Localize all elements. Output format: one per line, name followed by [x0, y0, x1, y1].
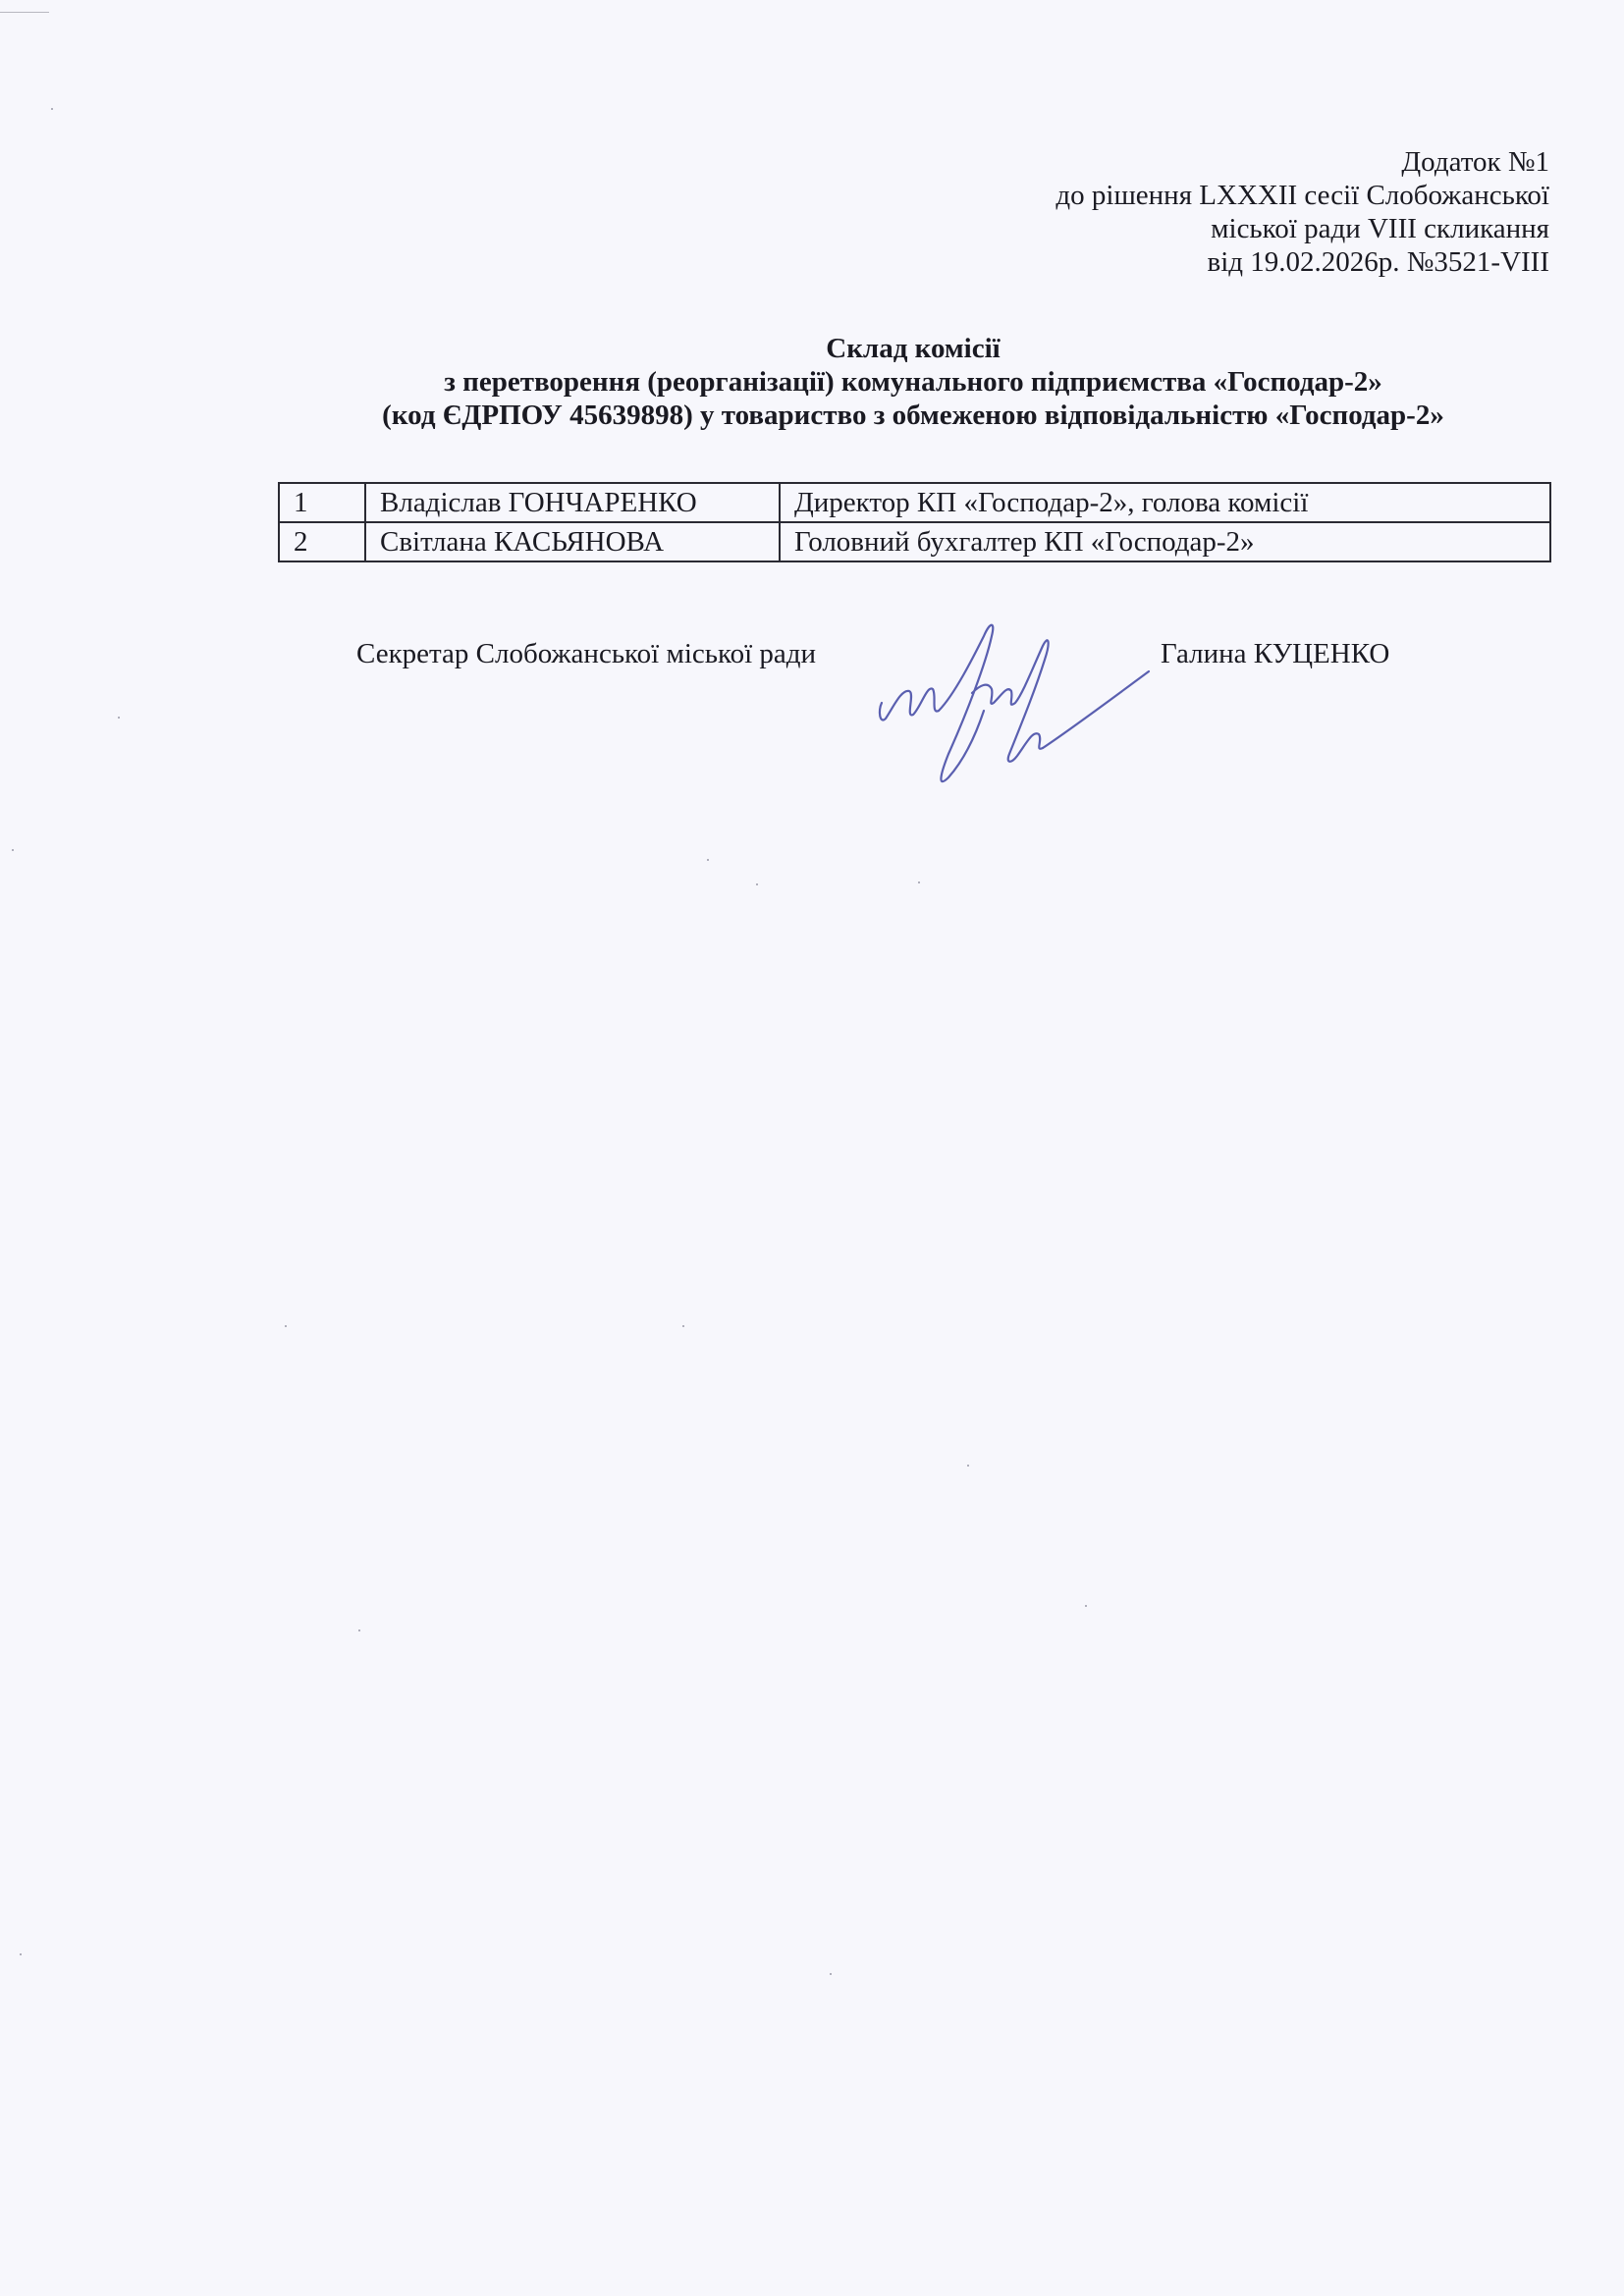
table-row: 1 Владіслав ГОНЧАРЕНКО Директор КП «Госп…: [279, 483, 1550, 522]
handwritten-signature-icon: [876, 616, 1170, 793]
scan-speck: [756, 883, 758, 885]
addendum-date: від 19.02.2026р. №3521-VIII: [1056, 245, 1549, 279]
signatory-name: Галина КУЦЕНКО: [1161, 638, 1389, 670]
scan-speck: [967, 1465, 969, 1467]
signatory-role: Секретар Слобожанської міської ради: [356, 638, 816, 670]
scan-speck: [1085, 1605, 1087, 1607]
title-heading: Склад комісії: [0, 332, 1624, 365]
addendum-decision: до рішення LXXXII сесії Слобожанської: [1056, 179, 1549, 212]
scan-speck: [830, 1973, 832, 1975]
scan-speck: [918, 881, 920, 883]
scan-speck: [51, 108, 53, 110]
scan-speck: [118, 717, 120, 719]
scan-speck: [682, 1325, 684, 1327]
member-name: Владіслав ГОНЧАРЕНКО: [365, 483, 780, 522]
scan-speck: [707, 859, 709, 861]
member-number: 2: [279, 522, 365, 561]
scan-speck: [20, 1953, 22, 1955]
scan-speck: [358, 1629, 360, 1631]
document-page: Додаток №1 до рішення LXXXII сесії Слобо…: [0, 0, 1624, 2296]
member-position: Головний бухгалтер КП «Господар-2»: [780, 522, 1550, 561]
member-number: 1: [279, 483, 365, 522]
scan-speck: [12, 849, 14, 851]
title-details: (код ЄДРПОУ 45639898) у товариство з обм…: [0, 399, 1624, 432]
commission-members-table: 1 Владіслав ГОНЧАРЕНКО Директор КП «Госп…: [278, 482, 1551, 562]
scan-edge-artifact: [0, 12, 49, 13]
addendum-council: міської ради VIII скликання: [1056, 212, 1549, 245]
member-name: Світлана КАСЬЯНОВА: [365, 522, 780, 561]
addendum-header: Додаток №1 до рішення LXXXII сесії Слобо…: [1056, 145, 1549, 279]
scan-speck: [285, 1325, 287, 1327]
member-position: Директор КП «Господар-2», голова комісії: [780, 483, 1550, 522]
document-title: Склад комісії з перетворення (реорганіза…: [0, 332, 1624, 432]
addendum-number: Додаток №1: [1056, 145, 1549, 179]
title-subject: з перетворення (реорганізації) комунальн…: [0, 365, 1624, 399]
table-row: 2 Світлана КАСЬЯНОВА Головний бухгалтер …: [279, 522, 1550, 561]
